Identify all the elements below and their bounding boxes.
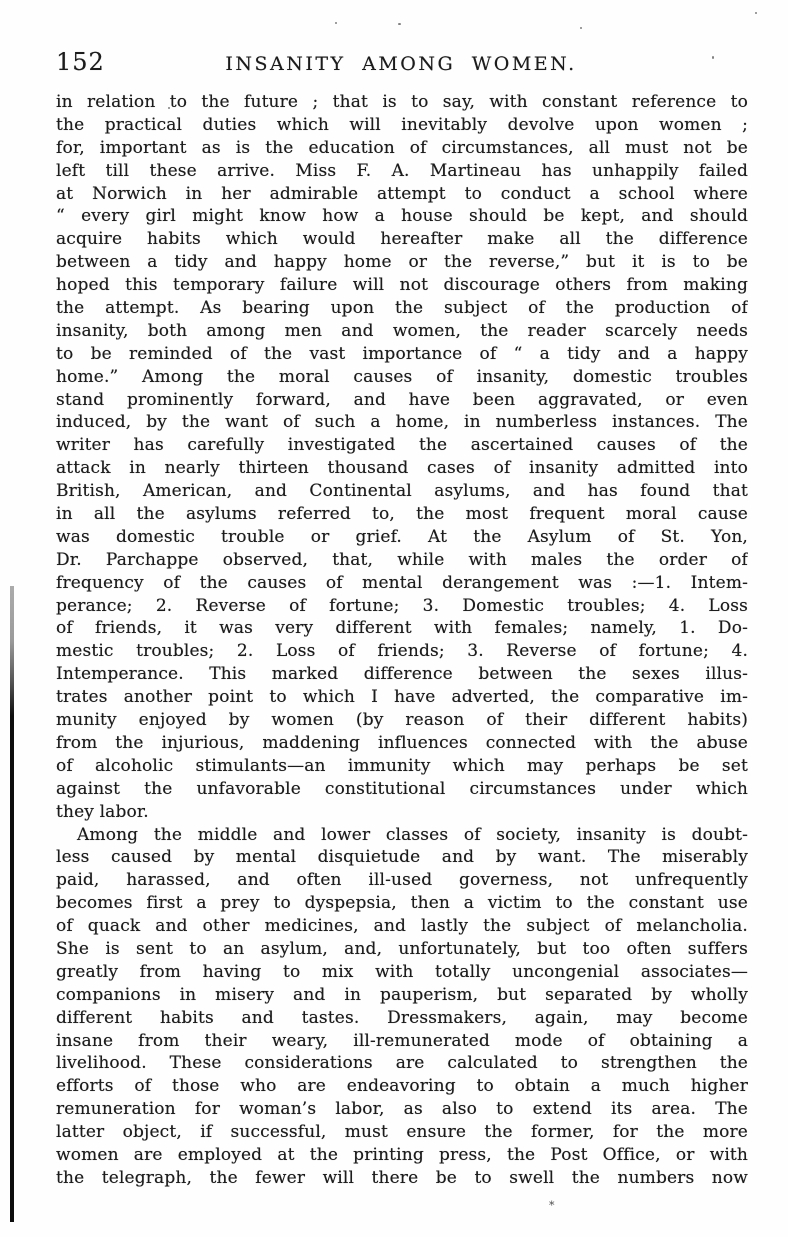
scan-border-left [10,586,14,1222]
text-line: livelihood. These considerations are cal… [56,1052,748,1075]
text-line: remuneration for woman’s labor, as also … [56,1098,748,1121]
scan-speck [580,27,582,29]
scan-speck [398,23,401,25]
text-line: stand prominently forward, and have been… [56,389,748,412]
text-line: the telegraph, the fewer will there be t… [56,1167,748,1190]
text-line: acquire habits which would hereafter mak… [56,228,748,251]
text-line: writer has carefully investigated the as… [56,434,748,457]
text-line: insanity, both among men and women, the … [56,320,748,343]
text-line: of alcoholic stimulants—an immunity whic… [56,755,748,778]
text-line: Among the middle and lower classes of so… [56,824,748,847]
text-line: for, important as is the education of ci… [56,137,748,160]
text-line: the attempt. As bearing upon the subject… [56,297,748,320]
text-line: at Norwich in her admirable attempt to c… [56,183,748,206]
text-line: greatly from having to mix with totally … [56,961,748,984]
text-line: left till these arrive. Miss F. A. Marti… [56,160,748,183]
text-line: against the unfavorable constitutional c… [56,778,748,801]
text-line: She is sent to an asylum, and, unfortuna… [56,938,748,961]
text-line: less caused by mental disquietude and by… [56,846,748,869]
text-line: in relation to the future ; that is to s… [56,91,748,114]
text-line: latter object, if successful, must ensur… [56,1121,748,1144]
scan-speck [755,12,757,14]
text-line: hoped this temporary failure will not di… [56,274,748,297]
text-line: from the injurious, maddening influences… [56,732,748,755]
text-line: attack in nearly thirteen thousand cases… [56,457,748,480]
text-line: mestic troubles; 2. Loss of friends; 3. … [56,640,748,663]
text-line: different habits and tastes. Dressmakers… [56,1007,748,1030]
text-line: paid, harassed, and often ill-used gover… [56,869,748,892]
text-line: home.” Among the moral causes of insanit… [56,366,748,389]
text-line: companions in misery and in pauperism, b… [56,984,748,1007]
text-line: induced, by the want of such a home, in … [56,411,748,434]
text-line: Intemperance. This marked difference bet… [56,663,748,686]
text-line: perance; 2. Reverse of fortune; 3. Domes… [56,595,748,618]
text-line: in all the asylums referred to, the most… [56,503,748,526]
body-text: in relation to the future ; that is to s… [56,91,748,1190]
book-page: 152 INSANITY AMONG WOMEN. in relation to… [0,0,788,1237]
text-line: was domestic trouble or grief. At the As… [56,526,748,549]
printers-mark: * [549,1199,555,1212]
text-line: becomes first a prey to dyspepsia, then … [56,892,748,915]
text-line: efforts of those who are endeavoring to … [56,1075,748,1098]
text-line: women are employed at the printing press… [56,1144,748,1167]
text-line: to be reminded of the vast importance of… [56,343,748,366]
text-line: the practical duties which will inevitab… [56,114,748,137]
text-line: Dr. Parchappe observed, that, while with… [56,549,748,572]
text-line: “ every girl might know how a house shou… [56,205,748,228]
running-header: INSANITY AMONG WOMEN. [55,53,747,75]
scan-speck [335,22,337,24]
text-line: of friends, it was very different with f… [56,617,748,640]
text-line: they labor. [56,801,748,824]
text-line: of quack and other medicines, and lastly… [56,915,748,938]
text-line: munity enjoyed by women (by reason of th… [56,709,748,732]
text-line: trates another point to which I have adv… [56,686,748,709]
text-line: insane from their weary, ill-remunerated… [56,1030,748,1053]
text-line: frequency of the causes of mental derang… [56,572,748,595]
text-line: between a tidy and happy home or the rev… [56,251,748,274]
text-line: British, American, and Continental asylu… [56,480,748,503]
